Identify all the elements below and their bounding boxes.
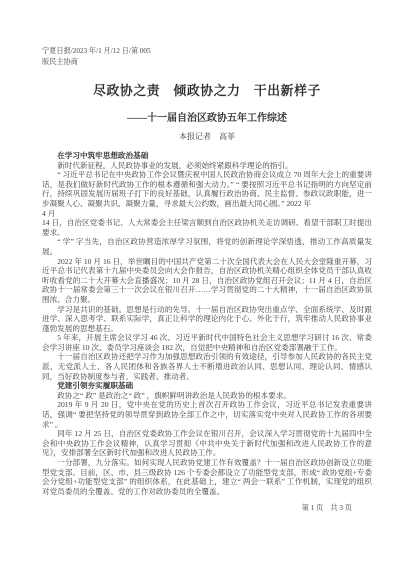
page-number-indicator: 第 1 页 共 3 页 [42, 503, 372, 513]
source-info: 宁夏日报/2023 年/1 月/12 日/第 005 版民主协商 [42, 46, 372, 68]
article-title: 尽政协之责 倾政协之力 干出新样子 [42, 80, 372, 99]
article-subtitle: ——十一届自治区政协五年工作综述 [42, 109, 372, 124]
paragraph: 2019 年 9 月 20 日，党中央在党的历史上首次召开政协工作会议，习近平总… [42, 400, 372, 429]
paragraph: 4 月 [42, 209, 372, 219]
article-body: 在学习中筑牢思想政治基础新时代新征程，人民政协事业的发展，必须始终紧跟科学理论的… [42, 151, 372, 496]
source-line-2: 版民主协商 [42, 57, 372, 68]
paragraph: 同年 12 月 25 日，自治区党委政协工作会议在银川召开，会议深入学习贯彻党的… [42, 429, 372, 458]
source-line-1: 宁夏日报/2023 年/1 月/12 日/第 005 [42, 46, 372, 57]
paragraph: 十一届自治区政协还把学习作为加强思想政治引领的有效途径，引导参加人民政协的各民主… [42, 352, 372, 381]
paragraph: “ 习近平总书记在中央政协工作会议暨庆祝中国人民政治协商会议成立 70 周年大会… [42, 170, 372, 208]
paragraph: 5 年来，开展主席会议学习 46 次、习近平新时代中国特色社会主义思想学习研讨 … [42, 333, 372, 352]
section-heading: 在学习中筑牢思想政治基础 [42, 151, 372, 161]
byline: 本报记者 高菲 [42, 131, 372, 142]
paragraph: 2022 年 10 月 16 日，举世瞩目的中国共产党第二十次全国代表大会在人民… [42, 257, 372, 305]
paragraph: 14 日，自治区党委书记、人大常委会主任梁言顺到自治区政协机关走访调研、看望干部… [42, 218, 372, 237]
paragraph: “ 学” 字当先，自治区政协营造浓厚学习氛围，将党的创新理论学深悟透，推动工作高… [42, 237, 372, 256]
paragraph: 新时代新征程，人民政协事业的发展，必须始终紧跟科学理论的指引。 [42, 161, 372, 171]
paragraph: 政协之“ 政” 是政治之“ 政” ，旗帜鲜明讲政治是人民政协的根本要求。 [42, 391, 372, 401]
paragraph: 一分部署，九分落实。如何实现人民政协党建工作有效覆盖？十一届自治区政协创新设立功… [42, 458, 372, 496]
section-heading: 党建引领夯实履职基础 [42, 381, 372, 391]
document-page: 宁夏日报/2023 年/1 月/12 日/第 005 版民主协商 尽政协之责 倾… [0, 0, 410, 580]
paragraph: 学习是共识的基础。思想是行动的先导。十一届自治区政协突出重点学、全面系统学、及时… [42, 305, 372, 334]
